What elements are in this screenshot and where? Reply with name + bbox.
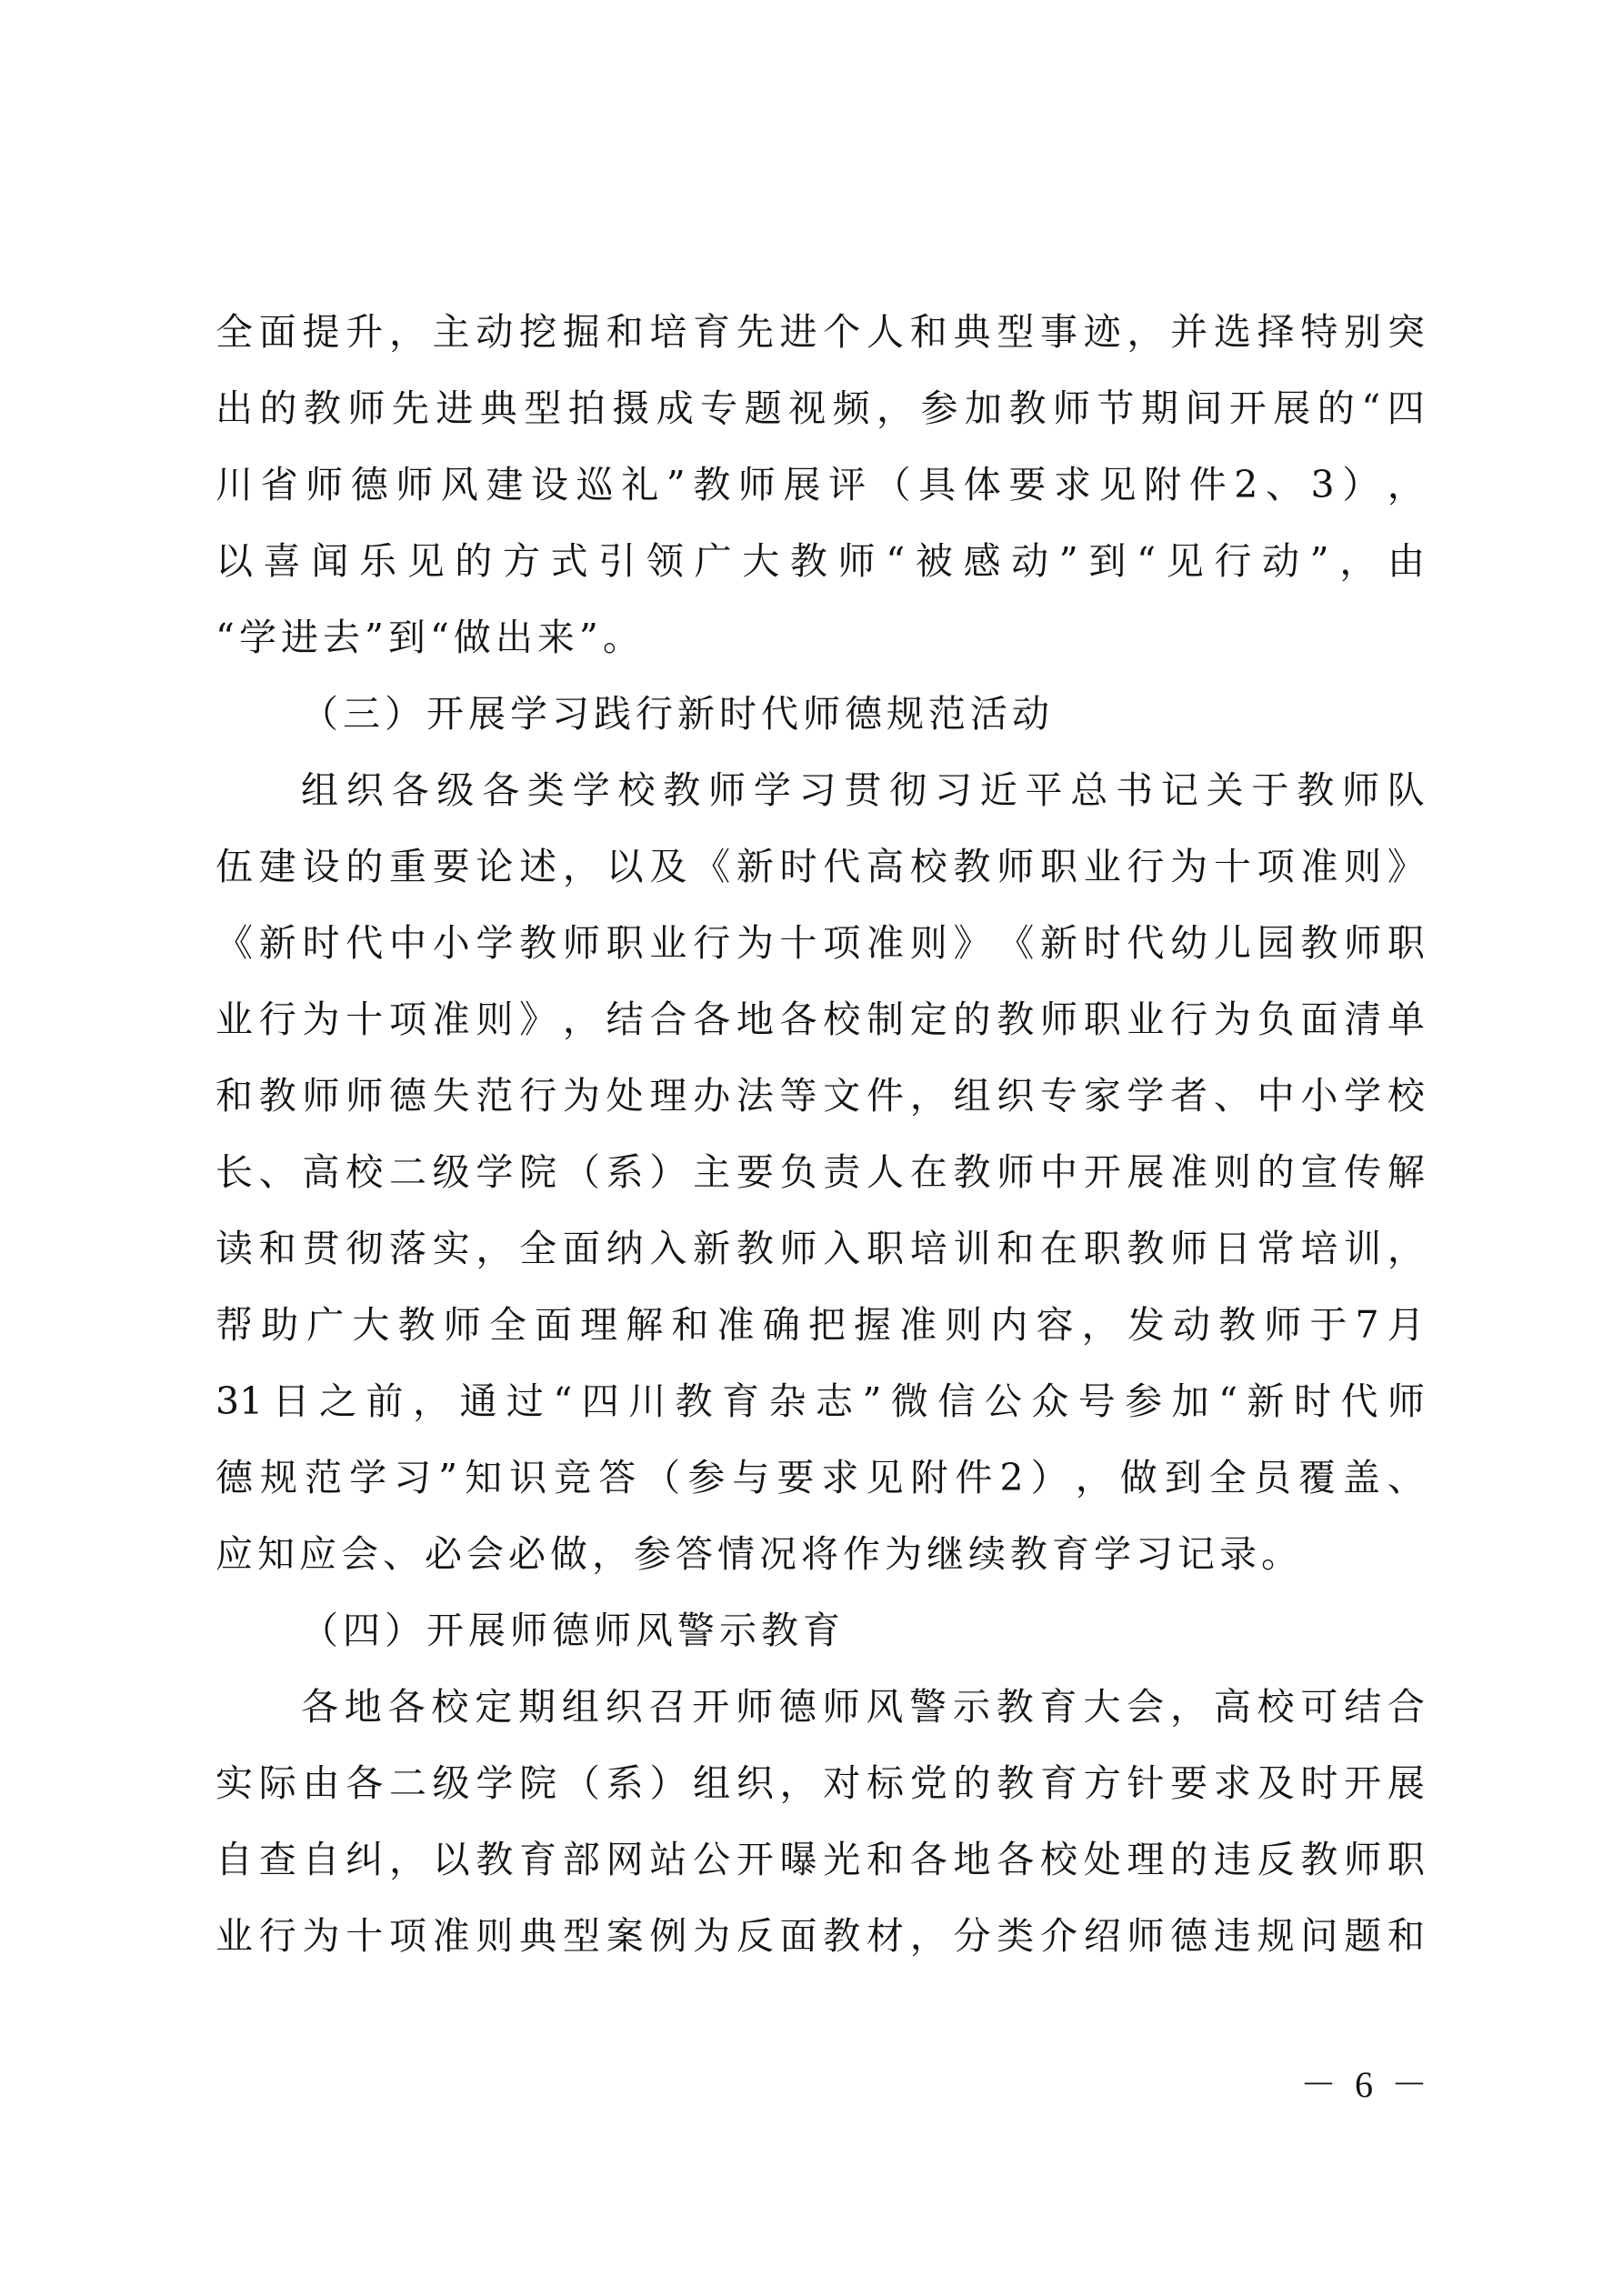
text-line: 应知应会、必会必做，参答情况将作为继续教育学习记录。 [215, 1516, 1425, 1592]
page-number: － 6 － [1300, 2062, 1428, 2108]
text-line: 伍建设的重要论述，以及《新时代高校教师职业行为十项准则》 [215, 828, 1425, 905]
text-line: 川省师德师风建设巡礼”教师展评（具体要求见附件2、3）， [215, 446, 1425, 523]
text-line: 长、高校二级学院（系）主要负责人在教师中开展准则的宣传解 [215, 1134, 1425, 1210]
text-line: 业行为十项准则》，结合各地各校制定的教师职业行为负面清单 [215, 981, 1425, 1058]
text-line: 读和贯彻落实，全面纳入新教师入职培训和在职教师日常培训， [215, 1210, 1425, 1287]
text-line: 实际由各二级学院（系）组织，对标党的教育方针要求及时开展 [215, 1745, 1425, 1821]
text-line: “学进去”到“做出来”。 [215, 599, 1425, 676]
text-line: 出的教师先进典型拍摄成专题视频，参加教师节期间开展的“四 [215, 370, 1425, 446]
section-heading: （三）开展学习践行新时代师德规范活动 [215, 676, 1425, 752]
text-line: 《新时代中小学教师职业行为十项准则》《新时代幼儿园教师职 [215, 905, 1425, 981]
text-line: 业行为十项准则典型案例为反面教材，分类介绍师德违规问题和 [215, 1898, 1425, 1974]
text-line: 德规范学习”知识竞答（参与要求见附件2），做到全员覆盖、 [215, 1439, 1425, 1516]
text-line: 31日之前，通过“四川教育杂志”微信公众号参加“新时代师 [215, 1363, 1425, 1439]
text-line: 各地各校定期组织召开师德师风警示教育大会，高校可结合 [215, 1669, 1425, 1745]
text-line: 自查自纠，以教育部网站公开曝光和各地各校处理的违反教师职 [215, 1821, 1425, 1898]
section-heading: （四）开展师德师风警示教育 [215, 1592, 1425, 1669]
text-line: 和教师师德失范行为处理办法等文件，组织专家学者、中小学校 [215, 1058, 1425, 1134]
document-page: 全面提升，主动挖掘和培育先进个人和典型事迹，并选择特别突出的教师先进典型拍摄成专… [0, 0, 1623, 2296]
text-line: 全面提升，主动挖掘和培育先进个人和典型事迹，并选择特别突 [215, 294, 1425, 370]
text-line: 组织各级各类学校教师学习贯彻习近平总书记关于教师队 [215, 752, 1425, 828]
text-line: 帮助广大教师全面理解和准确把握准则内容，发动教师于7月 [215, 1287, 1425, 1363]
text-line: 以喜闻乐见的方式引领广大教师“被感动”到“见行动”，由 [215, 523, 1425, 599]
document-body: 全面提升，主动挖掘和培育先进个人和典型事迹，并选择特别突出的教师先进典型拍摄成专… [215, 294, 1425, 1974]
